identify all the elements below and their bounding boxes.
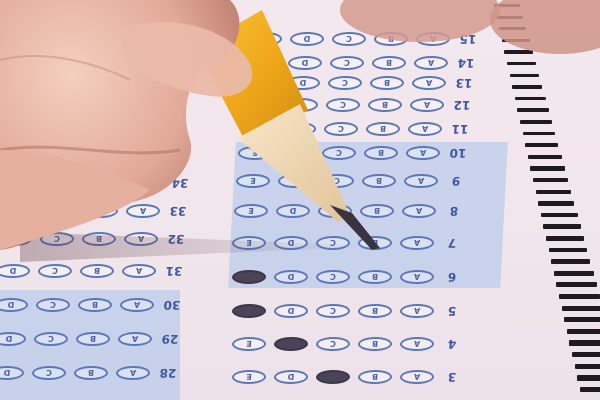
answer-sheet-photo: 15ABCDE14ABCDE13ABCDE12ABCDE11ABCDE10ABC…	[0, 0, 600, 400]
pencil-tip	[330, 205, 380, 250]
finger-top-blur	[340, 0, 500, 42]
finger-top-blur	[490, 0, 600, 54]
pencil-shadow	[20, 232, 380, 262]
hand-with-pencil	[0, 0, 600, 400]
